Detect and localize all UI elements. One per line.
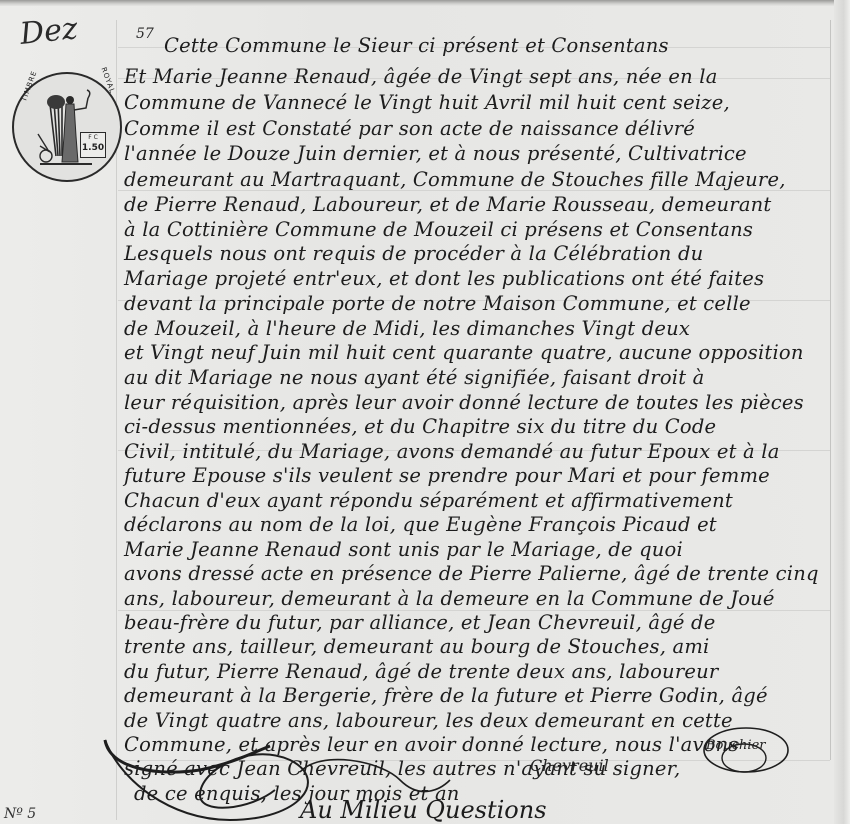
act-number: 57 bbox=[136, 26, 154, 42]
mayor-signature: Bouchier bbox=[706, 738, 765, 753]
page-right-edge bbox=[834, 0, 850, 824]
text-line: Cette Commune le Sieur ci présent et Con… bbox=[164, 34, 669, 64]
right-margin-rule bbox=[830, 20, 831, 760]
page-top-edge bbox=[0, 0, 850, 6]
royal-tax-stamp: TIMBRE ROYAL F C 1.50 bbox=[12, 72, 122, 182]
bottom-margin-annotation: Nº 5 bbox=[4, 806, 36, 822]
witness-signature: Chevreuil bbox=[530, 756, 609, 775]
stamp-label-right: ROYAL bbox=[99, 66, 116, 95]
next-entry-heading: Au Milieu Questions bbox=[300, 796, 547, 824]
margin-annotation: Dez bbox=[18, 11, 79, 52]
register-page: Dez TIMBRE ROYAL F C 1.50 57 Cette Commu… bbox=[0, 0, 850, 824]
stamp-value: 1.50 bbox=[81, 143, 105, 153]
stamp-value-box: F C 1.50 bbox=[80, 132, 106, 158]
stamp-currency: F C bbox=[81, 133, 105, 143]
